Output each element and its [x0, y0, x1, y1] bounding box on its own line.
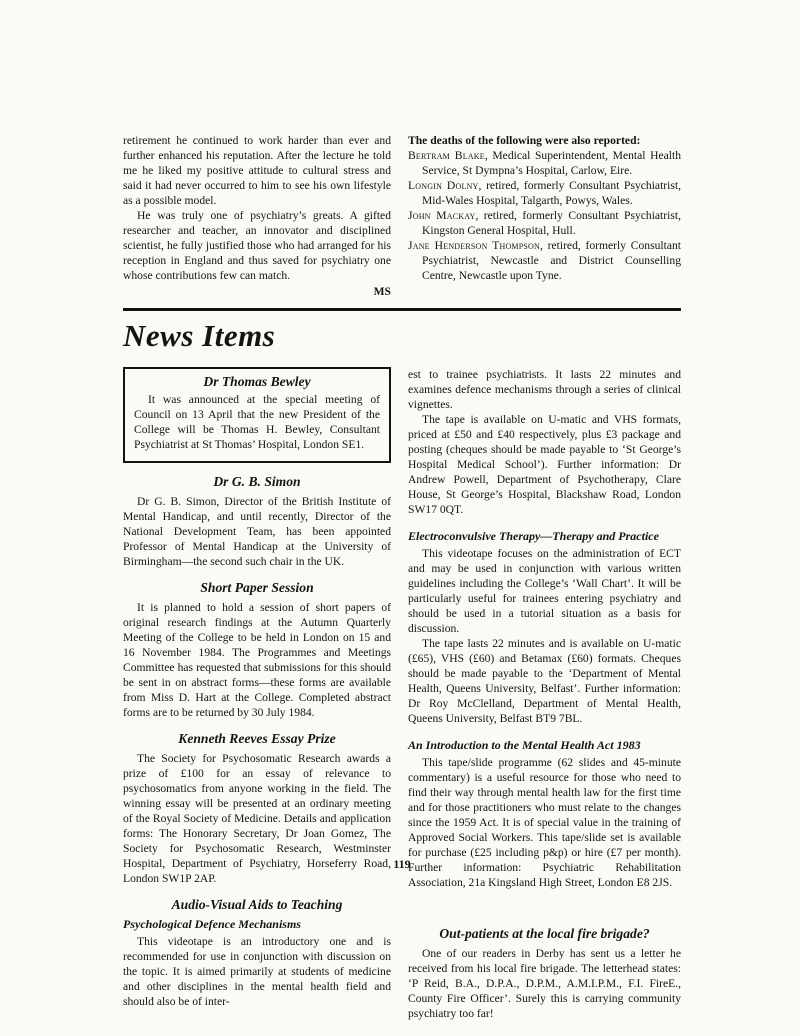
death-name: John Mackay — [408, 209, 475, 222]
news-left-column: Dr Thomas Bewley It was announced at the… — [123, 367, 391, 1009]
news-items-body: Dr Thomas Bewley It was announced at the… — [123, 367, 681, 1021]
av-aids-body: This videotape is an introductory one an… — [123, 934, 391, 1009]
simon-body: Dr G. B. Simon, Director of the British … — [123, 494, 391, 569]
death-name: Longin Dolny — [408, 179, 479, 192]
death-entry: Bertram Blake, Medical Superintendent, M… — [408, 148, 681, 178]
ect-paragraph-2: The tape lasts 22 minutes and is availab… — [408, 636, 681, 726]
death-name: Bertram Blake — [408, 149, 485, 162]
av-aids-heading: Audio-Visual Aids to Teaching — [123, 897, 391, 913]
obituary-signature: MS — [123, 284, 391, 299]
bewley-body: It was announced at the special meeting … — [134, 392, 380, 452]
av-continuation-paragraph-2: The tape is available on U-matic and VHS… — [408, 412, 681, 517]
news-right-column: est to trainee psychiatrists. It lasts 2… — [408, 367, 681, 1021]
simon-heading: Dr G. B. Simon — [123, 474, 391, 490]
ect-heading: Electroconvulsive Therapy—Therapy and Pr… — [408, 529, 681, 544]
av-aids-subheading: Psychological Defence Mechanisms — [123, 917, 391, 932]
deaths-column: The deaths of the following were also re… — [408, 133, 681, 283]
short-paper-heading: Short Paper Session — [123, 580, 391, 596]
obituary-left-column: retirement he continued to work harder t… — [123, 133, 391, 299]
deaths-header: The deaths of the following were also re… — [408, 133, 681, 148]
page-number: 119 — [123, 857, 681, 872]
mha-heading: An Introduction to the Mental Health Act… — [408, 738, 681, 753]
death-entry: Jane Henderson Thompson, retired, former… — [408, 238, 681, 283]
short-paper-body: It is planned to hold a session of short… — [123, 600, 391, 720]
section-divider-rule — [123, 308, 681, 311]
news-items-title: News Items — [123, 318, 681, 354]
death-entry: John Mackay, retired, formerly Consultan… — [408, 208, 681, 238]
obituary-section: retirement he continued to work harder t… — [123, 133, 681, 299]
fire-brigade-heading: Out-patients at the local fire brigade? — [408, 926, 681, 942]
av-continuation-paragraph-1: est to trainee psychiatrists. It lasts 2… — [408, 367, 681, 412]
bewley-announcement-box: Dr Thomas Bewley It was announced at the… — [123, 367, 391, 463]
fire-brigade-body: One of our readers in Derby has sent us … — [408, 946, 681, 1021]
obituary-paragraph-1: retirement he continued to work harder t… — [123, 133, 391, 208]
death-name: Jane Henderson Thompson — [408, 239, 540, 252]
bewley-heading: Dr Thomas Bewley — [134, 374, 380, 390]
obituary-paragraph-2: He was truly one of psychiatry’s greats.… — [123, 208, 391, 283]
death-entry: Longin Dolny, retired, formerly Consulta… — [408, 178, 681, 208]
page-content: retirement he continued to work harder t… — [123, 133, 681, 1021]
ect-paragraph-1: This videotape focuses on the administra… — [408, 546, 681, 636]
journal-page: retirement he continued to work harder t… — [0, 0, 800, 1036]
essay-prize-heading: Kenneth Reeves Essay Prize — [123, 731, 391, 747]
